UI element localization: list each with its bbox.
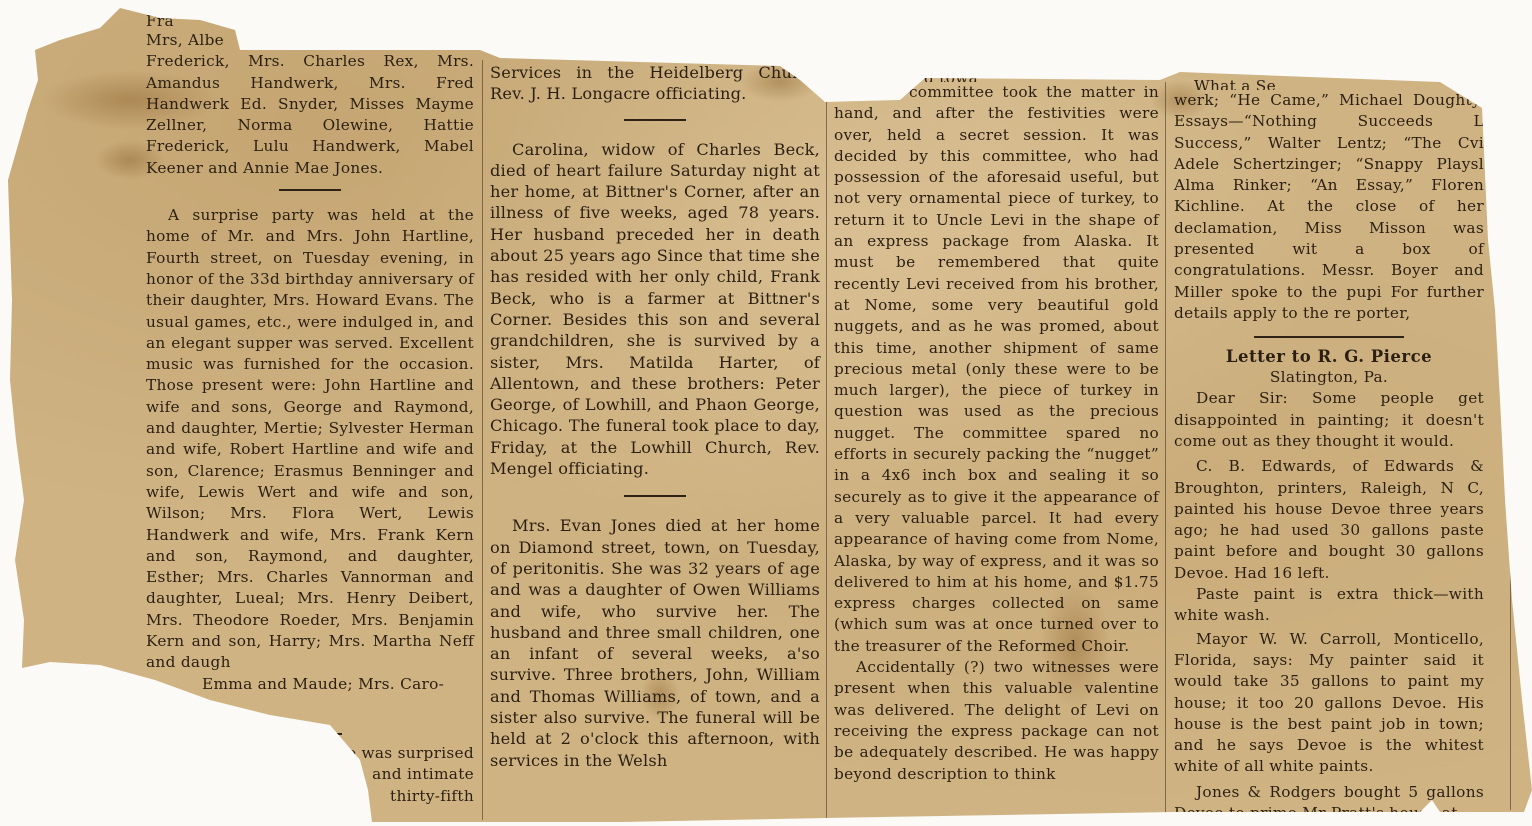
fragment-top: Fra	[146, 12, 474, 30]
church-services-fragment: Services in the Heidelberg Church Rev. J…	[490, 62, 820, 105]
valentine-story-paragraph-2: Accidentally (?) two witnesses were pres…	[834, 657, 1159, 785]
letter-paragraph-1: Dear Sir: Some people get disappointed i…	[1174, 388, 1484, 452]
school-program-paragraph: werk; “He Came,” Michael Doughty. Essays…	[1174, 90, 1484, 324]
section-rule	[624, 495, 686, 497]
newspaper-clipping: Fra Mrs, Albe Frederick, Mrs. Charles Re…	[0, 0, 1532, 826]
fragment-top: What a Se	[1174, 76, 1484, 90]
column-divider	[1165, 82, 1166, 812]
guest-list-paragraph: Frederick, Mrs. Charles Rex, Mrs. Amandu…	[146, 51, 474, 179]
valentine-story-paragraph-1: ...ointed committee took the matter in h…	[834, 82, 1159, 657]
section-rule	[624, 119, 686, 121]
column-divider	[1510, 560, 1511, 810]
fragment-bottom-2: and intimate	[146, 764, 474, 785]
surprise-party-article-end: Emma and Maude; Mrs. Caro-	[146, 674, 474, 695]
fragment-top-2: Mrs, Albe	[146, 30, 474, 51]
column-divider	[482, 60, 483, 820]
column-4: What a Se werk; “He Came,” Michael Dough…	[1174, 76, 1484, 824]
column-3: d towa ...ointed committee took the matt…	[834, 68, 1159, 785]
letter-paragraph-3: Paste paint is extra thick—with white wa…	[1174, 584, 1484, 627]
jones-obituary: Mrs. Evan Jones died at her home on Diam…	[490, 515, 820, 771]
beck-obituary: Carolina, widow of Charles Beck, died of…	[490, 139, 820, 480]
section-rule	[1254, 336, 1404, 338]
section-rule	[314, 733, 342, 735]
column-2: Services in the Heidelberg Church Rev. J…	[490, 62, 820, 771]
letter-heading: Letter to R. G. Pierce	[1174, 346, 1484, 367]
fragment-bottom-1: e was surprised	[146, 743, 474, 764]
letter-location: Slatington, Pa.	[1174, 367, 1484, 388]
letter-paragraph-5: Jones & Rodgers bought 5 gallons Devoe t…	[1174, 782, 1484, 825]
letter-paragraph-4: Mayor W. W. Carroll, Monticello, Florida…	[1174, 629, 1484, 778]
column-divider	[826, 100, 827, 818]
fragment-top: d towa	[834, 68, 1159, 82]
section-rule	[279, 189, 341, 191]
surprise-party-article: A surprise party was held at the home of…	[146, 205, 474, 674]
fragment-bottom-3: thirty-fifth	[146, 786, 474, 807]
column-1: Fra Mrs, Albe Frederick, Mrs. Charles Re…	[146, 12, 474, 807]
letter-paragraph-2: C. B. Edwards, of Edwards & Broughton, p…	[1174, 456, 1484, 584]
